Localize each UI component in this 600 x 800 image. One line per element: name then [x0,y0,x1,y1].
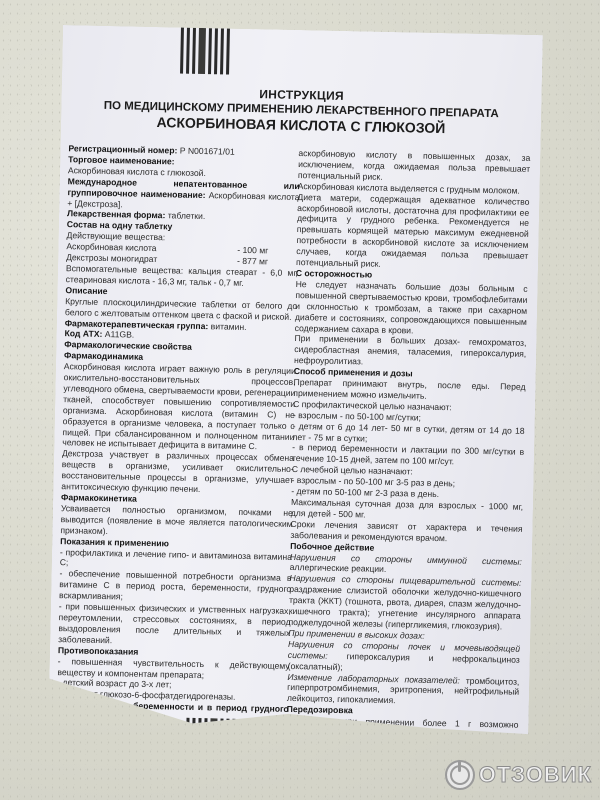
otzovik-logo-icon [445,760,475,790]
otzovik-watermark: ОТЗОВИК [445,760,592,790]
watermark-text: ОТЗОВИК [479,762,592,788]
document-header: ИНСТРУКЦИЯ ПО МЕДИЦИНСКОМУ ПРИМЕНЕНИЮ ЛЕ… [61,83,542,138]
pregnancy-text-cont: аскорбиновую кислоту в повышенных дозах,… [298,148,531,186]
lactation-text: Диета матери, содержащая адекватное коли… [296,192,530,273]
side-effect-renal: Нарушения со стороны почек и мочевыводящ… [288,639,521,677]
pharmacodynamics-text: Аскорбиновая кислота играет важную роль … [62,361,296,453]
side-effect-digestive: Нарушения со стороны пищеварительной сис… [288,573,521,632]
barcode-top [180,26,230,75]
indication-item: - при повышенных физических и умственных… [58,601,291,649]
pharmacokinetics-text: Усваивается полностью организмом, почкам… [60,503,293,541]
caution-text: Не следует назначать большие дозы больны… [295,279,528,338]
instruction-leaflet: ИНСТРУКЦИЯ ПО МЕДИЦИНСКОМУ ПРИМЕНЕНИЮ ЛЕ… [47,25,543,795]
inn: Международное непатентованное или группи… [67,176,300,214]
pharmacodynamics-text: Декстроза участвует в различных процесса… [61,449,294,497]
right-column: аскорбиновую кислоту в повышенных дозах,… [286,148,531,763]
caution-text: При применении в больших дозах- гемохром… [294,333,527,371]
indication-item: - обеспечение повышенной потребности орг… [59,568,292,606]
side-effect-lab: Изменение лабораторных показателей: тром… [287,671,520,709]
